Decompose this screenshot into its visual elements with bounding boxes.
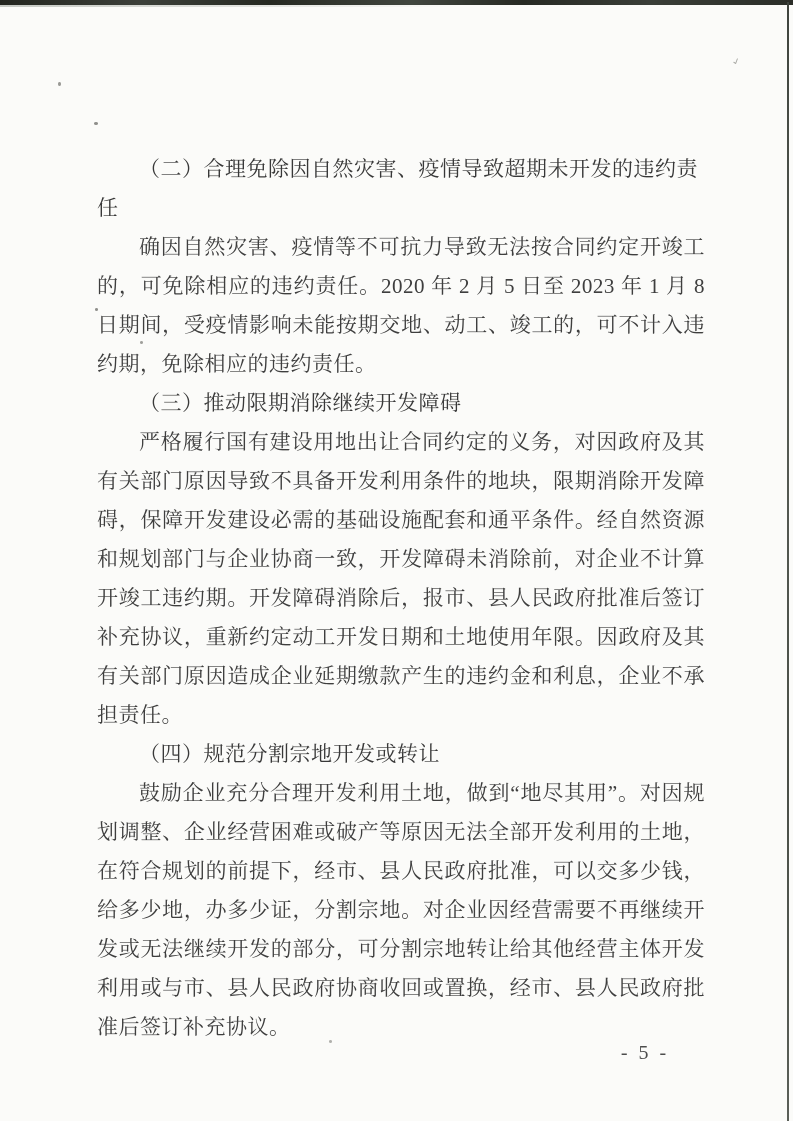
scan-speck <box>732 58 739 65</box>
section-4-paragraph: 鼓励企业充分合理开发利用土地，做到“地尽其用”。对因规划调整、企业经营困难或破产… <box>97 774 705 1047</box>
page-number: - 5 - <box>610 1042 680 1065</box>
section-4-heading: （四）规范分割宗地开发或转让 <box>97 735 705 774</box>
document-body: （二）合理免除因自然灾害、疫情导致超期未开发的违约责任 确因自然灾害、疫情等不可… <box>97 150 705 1047</box>
scan-speck <box>94 122 98 125</box>
section-4: （四）规范分割宗地开发或转让 鼓励企业充分合理开发利用土地，做到“地尽其用”。对… <box>97 735 705 1047</box>
section-2: （二）合理免除因自然灾害、疫情导致超期未开发的违约责任 确因自然灾害、疫情等不可… <box>97 150 705 384</box>
scan-speck <box>58 82 61 86</box>
section-2-heading: （二）合理免除因自然灾害、疫情导致超期未开发的违约责任 <box>97 150 705 228</box>
scan-edge-top-fringe <box>0 5 460 7</box>
section-3-heading: （三）推动限期消除继续开发障碍 <box>97 384 705 423</box>
section-2-paragraph: 确因自然灾害、疫情等不可抗力导致无法按合同约定开竣工的，可免除相应的违约责任。2… <box>97 228 705 384</box>
scan-edge-right-line <box>787 2 789 1121</box>
section-3-paragraph: 严格履行国有建设用地出让合同约定的义务，对因政府及其有关部门原因导致不具备开发利… <box>97 423 705 735</box>
scanned-document-page: （二）合理免除因自然灾害、疫情导致超期未开发的违约责任 确因自然灾害、疫情等不可… <box>0 0 793 1121</box>
section-3: （三）推动限期消除继续开发障碍 严格履行国有建设用地出让合同约定的义务，对因政府… <box>97 384 705 735</box>
